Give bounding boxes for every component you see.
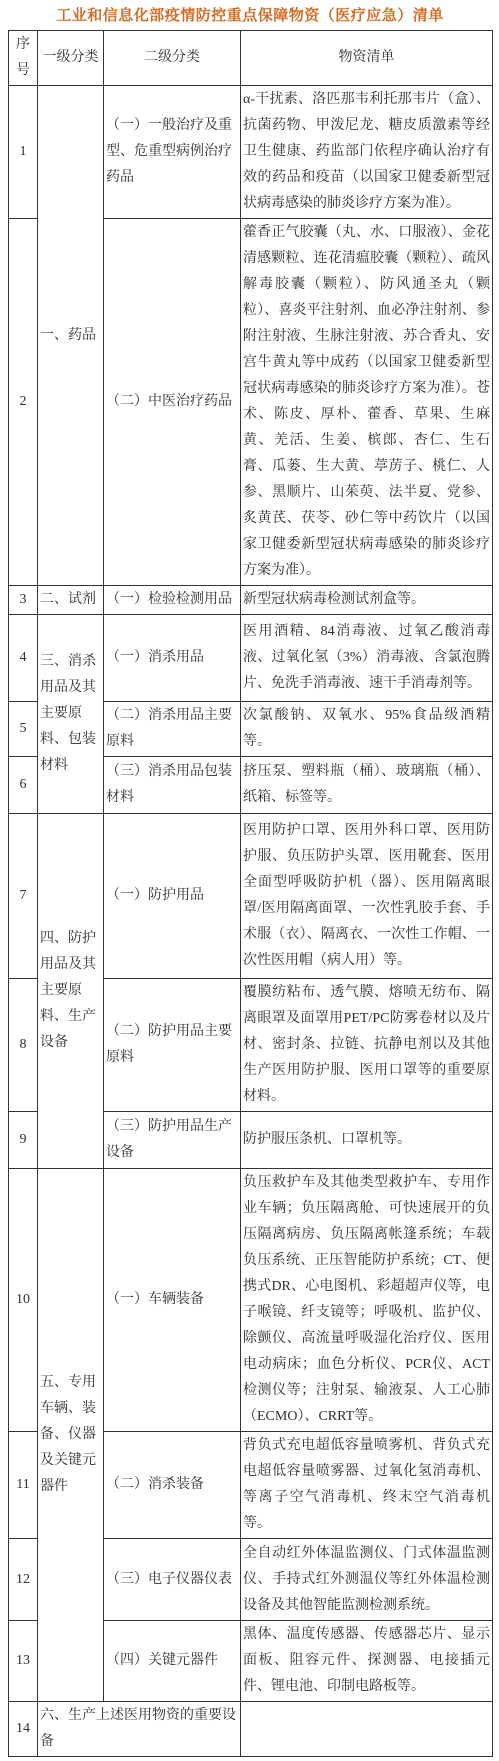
category2-cell: （一）消杀用品 [104,615,241,702]
materials-table: 序号 一级分类 二级分类 物资清单 1 一、药品 （一）一般治疗及重型、危重型病… [8,30,493,1757]
category1-cell: 五、专用车辆、装备、仪器及关键元器件 [38,1169,104,1702]
category2-cell: （三）防护用品生产设备 [104,1112,241,1169]
category2-cell: （三）消杀用品包装材料 [104,757,241,814]
category2-cell: （一）防护用品 [104,814,241,979]
table-row: 4 三、消杀用品及其主要原料、包装材料 （一）消杀用品 医用酒精、84消毒液、过… [9,615,493,702]
items-cell: 医用酒精、84消毒液、过氧乙酸消毒液、过氧化氢（3%）消毒液、含氯泡腾片、免洗手… [241,615,493,702]
category2-cell: （二）消杀装备 [104,1432,241,1539]
category1-cell: 二、试剂 [38,586,104,615]
category2-cell: （二）中医治疗药品 [104,219,241,586]
serial-number-cell: 2 [9,219,38,586]
serial-number-cell: 11 [9,1432,38,1539]
items-cell: 新型冠状病毒检测试剂盒等。 [241,586,493,615]
items-cell [241,1702,493,1757]
serial-number-cell: 7 [9,814,38,979]
serial-number-cell: 5 [9,702,38,757]
serial-number-cell: 6 [9,757,38,814]
category1-cell: 六、生产上述医用物资的重要设备 [38,1702,241,1757]
header-materials-list: 物资清单 [241,31,493,86]
serial-number-cell: 12 [9,1539,38,1621]
items-cell: 背负式充电超低容量喷雾机、背负式充电超低容量喷雾器、过氧化氢消毒机、等离子空气消… [241,1432,493,1539]
items-cell: 防护服压条机、口罩机等。 [241,1112,493,1169]
items-cell: 负压救护车及其他类型救护车、专用作业车辆；负压隔离舱、可快速展开的负压隔离病房、… [241,1169,493,1432]
items-cell: 挤压泵、塑料瓶（桶）、玻璃瓶（桶）、纸箱、标签等。 [241,757,493,814]
serial-number-cell: 3 [9,586,38,615]
serial-number-cell: 1 [9,86,38,219]
items-cell: α-干扰素、洛匹那韦利托那韦片（盒）、抗菌药物、甲泼尼龙、糖皮质激素等经卫生健康… [241,86,493,219]
table-row: 10 五、专用车辆、装备、仪器及关键元器件 （一）车辆装备 负压救护车及其他类型… [9,1169,493,1432]
table-row: 7 四、防护用品及其主要原料、生产设备 （一）防护用品 医用防护口罩、医用外科口… [9,814,493,979]
category1-cell: 一、药品 [38,86,104,586]
items-cell: 次氯酸钠、双氧水、95%食品级酒精等。 [241,702,493,757]
category2-cell: （一）检验检测用品 [104,586,241,615]
category2-cell: （一）车辆装备 [104,1169,241,1432]
header-serial-number: 序号 [9,31,38,86]
header-category-level2: 二级分类 [104,31,241,86]
category2-cell: （二）防护用品主要原料 [104,979,241,1112]
items-cell: 覆膜纺粘布、透气膜、熔喷无纺布、隔离眼罩及面罩用PET/PC防雾卷材以及片材、密… [241,979,493,1112]
items-cell: 全自动红外体温监测仪、门式体温监测仪、手持式红外测温仪等红外体温检测设备及其他智… [241,1539,493,1621]
items-cell: 藿香正气胶囊（丸、水、口服液）、金花清感颗粒、连花清瘟胶囊（颗粒）、疏风解毒胶囊… [241,219,493,586]
category2-cell: （三）电子仪器仪表 [104,1539,241,1621]
category1-cell: 三、消杀用品及其主要原料、包装材料 [38,615,104,814]
table-header-row: 序号 一级分类 二级分类 物资清单 [9,31,493,86]
serial-number-cell: 4 [9,615,38,702]
serial-number-cell: 13 [9,1621,38,1702]
header-category-level1: 一级分类 [38,31,104,86]
serial-number-cell: 10 [9,1169,38,1432]
document-page: 工业和信息化部疫情防控重点保障物资（医疗应急）清单 序号 一级分类 二级分类 物… [0,0,499,1761]
items-cell: 黑体、温度传感器、传感器芯片、显示面板、阻容元件、探测器、电接插元件、锂电池、印… [241,1621,493,1702]
serial-number-cell: 14 [9,1702,38,1757]
serial-number-cell: 9 [9,1112,38,1169]
category1-cell: 四、防护用品及其主要原料、生产设备 [38,814,104,1169]
table-row: 3 二、试剂 （一）检验检测用品 新型冠状病毒检测试剂盒等。 [9,586,493,615]
category2-cell: （二）消杀用品主要原料 [104,702,241,757]
category2-cell: （一）一般治疗及重型、危重型病例治疗药品 [104,86,241,219]
category2-cell: （四）关键元器件 [104,1621,241,1702]
items-cell: 医用防护口罩、医用外科口罩、医用防护服、负压防护头罩、医用靴套、医用全面型呼吸防… [241,814,493,979]
serial-number-cell: 8 [9,979,38,1112]
table-row: 1 一、药品 （一）一般治疗及重型、危重型病例治疗药品 α-干扰素、洛匹那韦利托… [9,86,493,219]
table-row: 14 六、生产上述医用物资的重要设备 [9,1702,493,1757]
document-title: 工业和信息化部疫情防控重点保障物资（医疗应急）清单 [8,6,492,26]
